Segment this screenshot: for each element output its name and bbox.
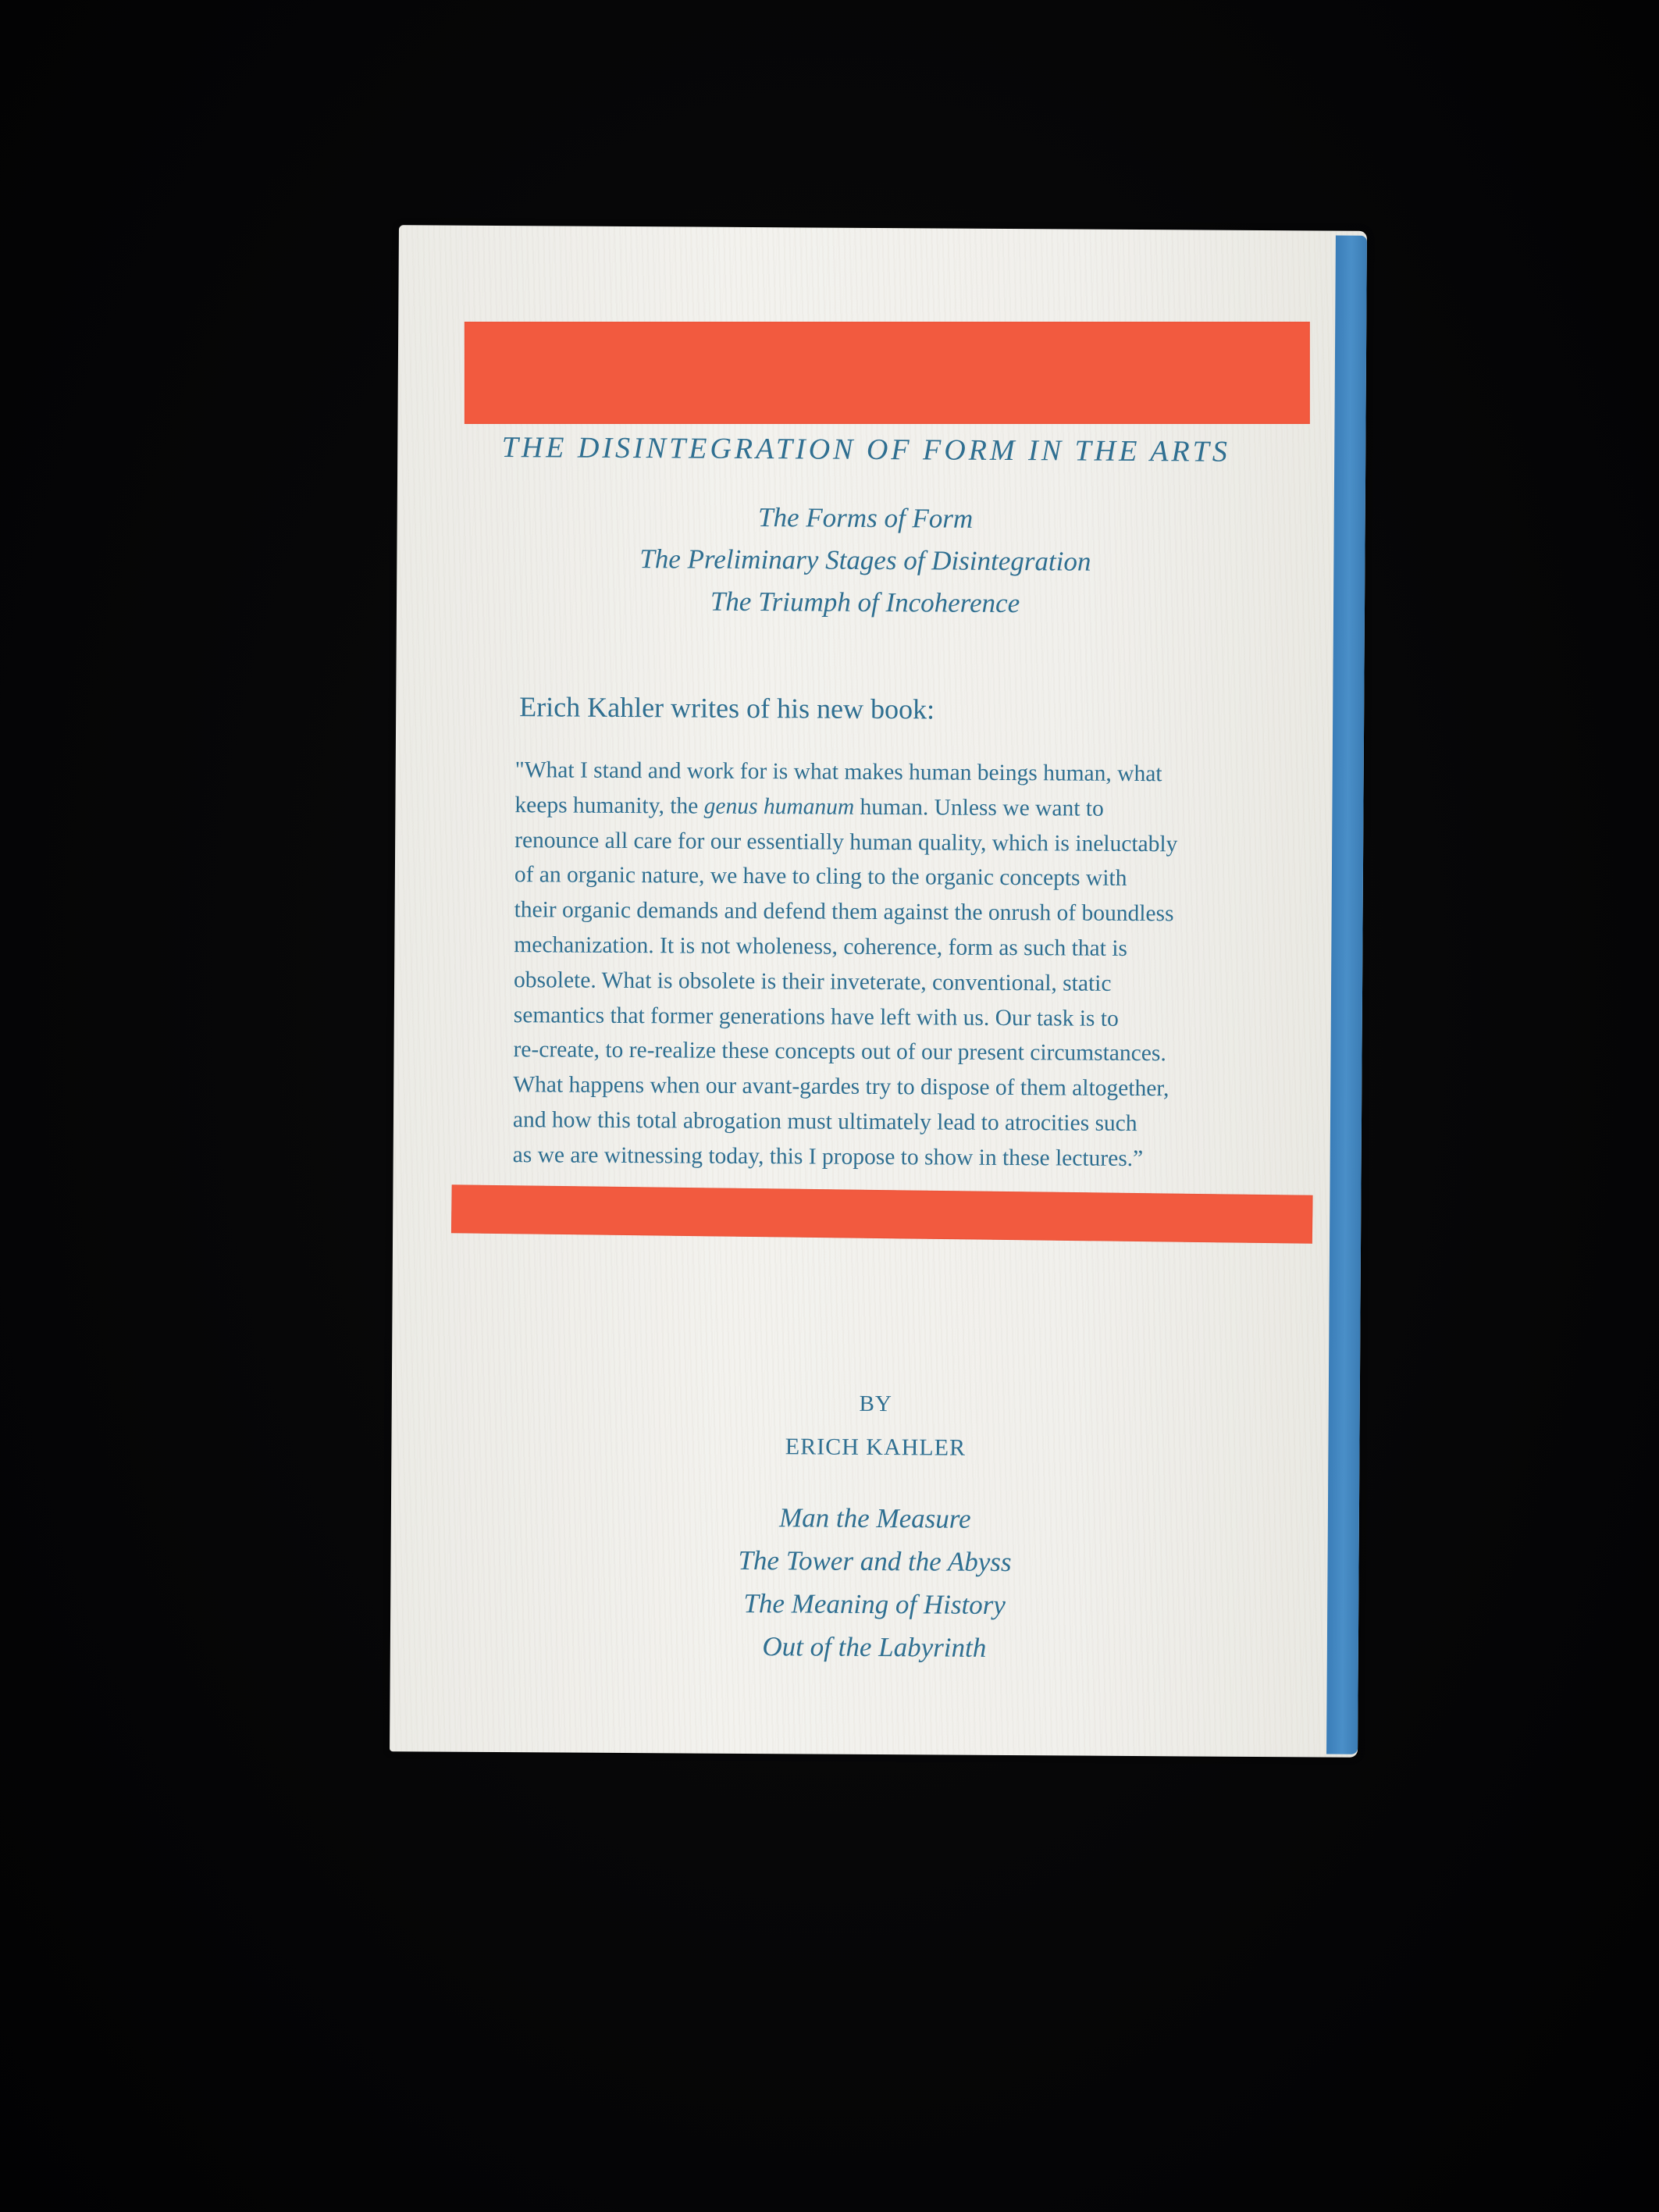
- author-name: ERICH KAHLER: [391, 1431, 1359, 1464]
- other-work-title: The Meaning of History: [390, 1580, 1358, 1629]
- book-title: THE DISINTEGRATION OF FORM IN THE ARTS: [397, 429, 1334, 469]
- quote-line: semantics that former generations have l…: [514, 998, 1279, 1038]
- quote-line: re-create, to re-realize these concepts …: [513, 1033, 1278, 1073]
- quote-line: their organic demands and defend them ag…: [514, 892, 1279, 932]
- chapter-list: The Forms of Form The Preliminary Stages…: [397, 494, 1334, 626]
- quote-line: mechanization. It is not wholeness, cohe…: [514, 928, 1279, 967]
- quote-line: keeps humanity, the genus humanum human.…: [514, 788, 1280, 828]
- quote-emphasis: genus humanum: [704, 793, 855, 819]
- quote-line: obsolete. What is obsolete is their inve…: [514, 963, 1279, 1003]
- book-back-cover: THE DISINTEGRATION OF FORM IN THE ARTS T…: [390, 225, 1367, 1758]
- author-quote: "What I stand and work for is what makes…: [513, 753, 1280, 1177]
- chapter-title: The Forms of Form: [397, 494, 1334, 542]
- other-work-title: Man the Measure: [391, 1494, 1359, 1543]
- quote-line: What happens when our avant-gardes try t…: [513, 1067, 1278, 1107]
- quote-line: of an organic nature, we have to cling t…: [514, 858, 1280, 898]
- other-works-list: Man the Measure The Tower and the Abyss …: [390, 1494, 1359, 1672]
- chapter-title: The Triumph of Incoherence: [397, 579, 1333, 626]
- quote-line: "What I stand and work for is what makes…: [515, 753, 1280, 793]
- quote-line: renounce all care for our essentially hu…: [514, 823, 1280, 863]
- other-work-title: Out of the Labyrinth: [390, 1622, 1358, 1672]
- by-label: BY: [392, 1388, 1360, 1420]
- top-accent-bar: [465, 322, 1310, 424]
- intro-line: Erich Kahler writes of his new book:: [519, 690, 935, 725]
- quote-line: as we are witnessing today, this I propo…: [513, 1138, 1278, 1177]
- chapter-title: The Preliminary Stages of Disintegration: [397, 536, 1333, 584]
- quote-line: and how this total abrogation must ultim…: [513, 1102, 1278, 1142]
- bottom-accent-bar: [451, 1184, 1313, 1243]
- other-work-title: The Tower and the Abyss: [390, 1537, 1358, 1586]
